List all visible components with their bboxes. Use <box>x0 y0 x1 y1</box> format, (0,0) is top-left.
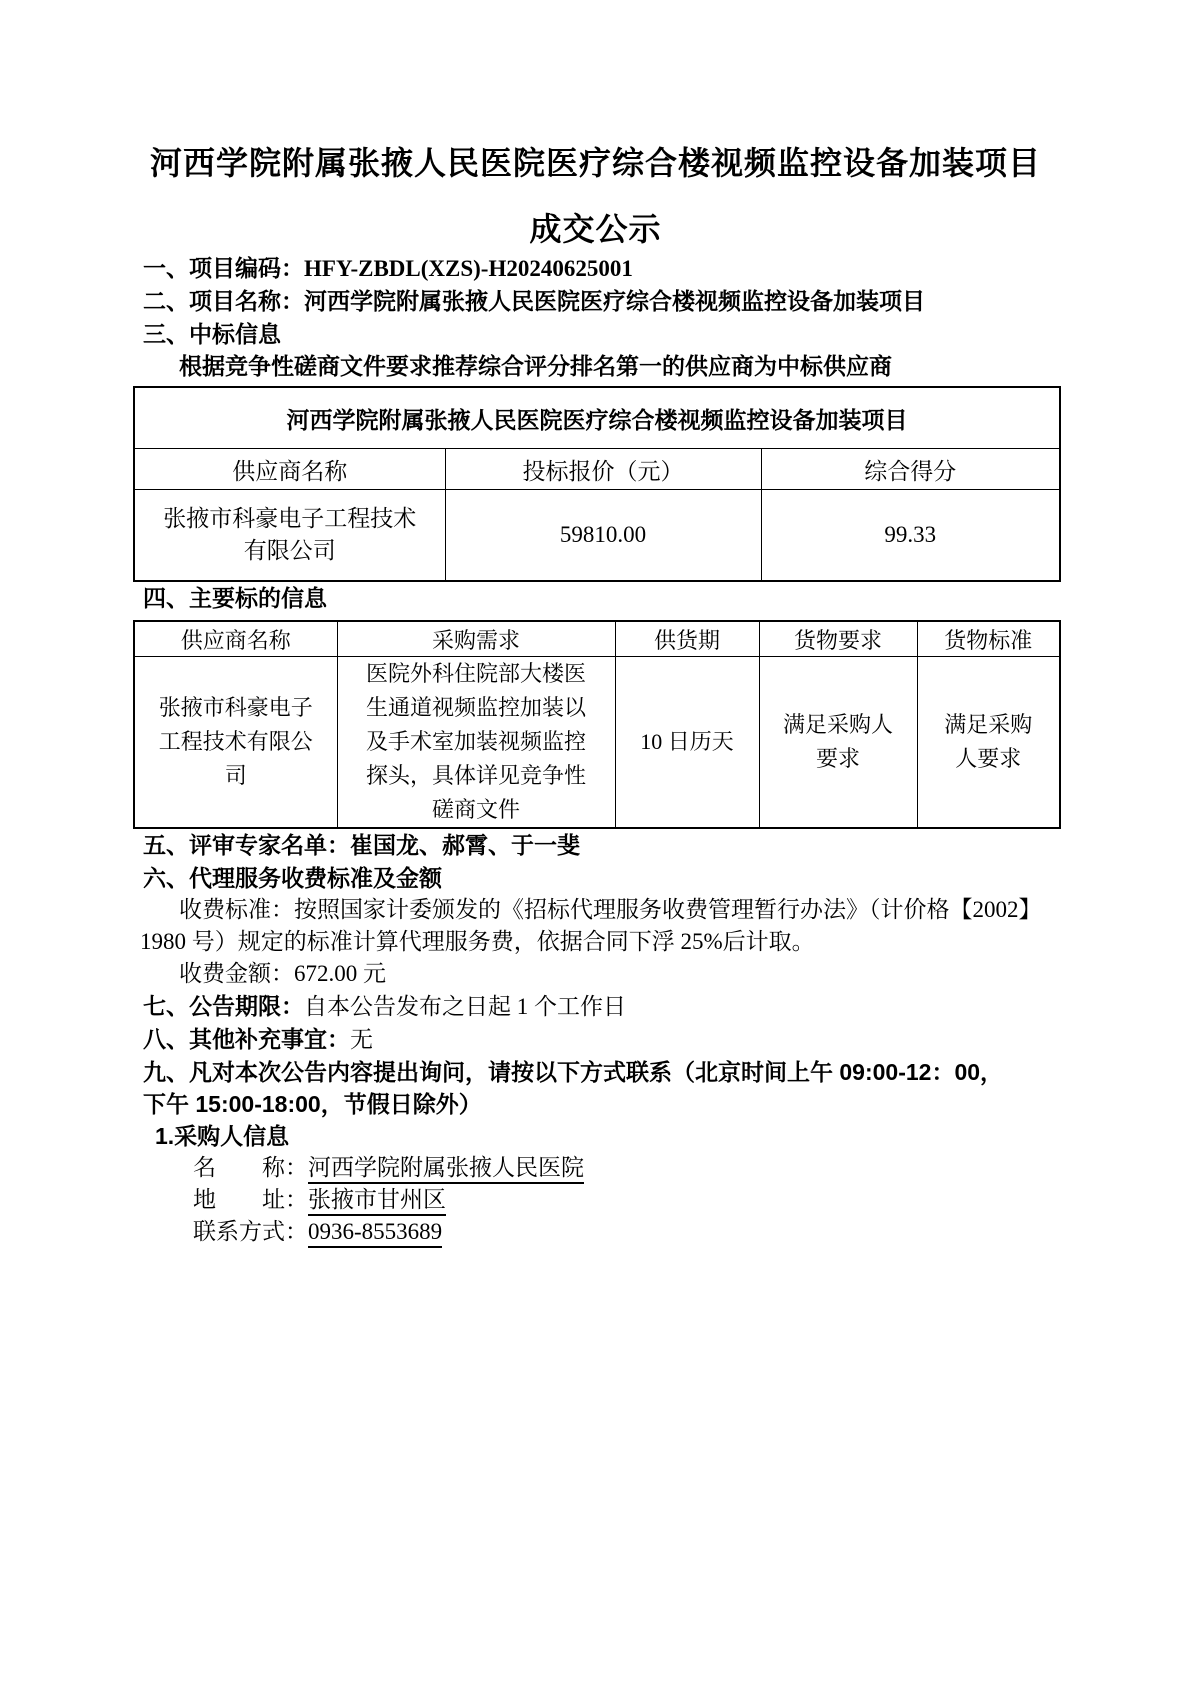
announcement-period-label: 七、公告期限： <box>143 993 304 1019</box>
table2-cell-delivery: 10 日历天 <box>615 657 759 829</box>
review-experts-names: 崔国龙、郝霄、于一斐 <box>350 832 580 858</box>
table2-header-demand: 采购需求 <box>337 621 615 657</box>
section-subject-info-heading: 四、主要标的信息 <box>133 582 1058 614</box>
subject-info-table: 供应商名称 采购需求 供货期 货物要求 货物标准 张掖市科豪电子工程技术有限公司… <box>133 620 1061 829</box>
purchaser-contact-label: 联系方式： <box>193 1219 308 1244</box>
section-project-code: 一、项目编码：HFY-ZBDL(XZS)-H20240625001 <box>133 252 1058 285</box>
table1-header-score: 综合得分 <box>761 449 1060 490</box>
table2-header-goods-std: 货物标准 <box>917 621 1060 657</box>
project-name-value: 河西学院附属张掖人民医院医疗综合楼视频监控设备加装项目 <box>304 288 925 314</box>
agency-fee-amount: 收费金额：672.00 元 <box>133 958 1058 990</box>
other-matters-label: 八、其他补充事宜： <box>143 1026 350 1052</box>
purchaser-info-heading: 1.采购人信息 <box>133 1120 1058 1152</box>
purchaser-contact-row: 联系方式：0936-8553689 <box>133 1216 1058 1248</box>
section-agency-fee-heading: 六、代理服务收费标准及金额 <box>133 862 1058 894</box>
section-contact-notice-line1: 九、凡对本次公告内容提出询问，请按以下方式联系（北京时间上午 09:00-12：… <box>133 1056 1058 1088</box>
section-other-matters: 八、其他补充事宜：无 <box>133 1023 1058 1056</box>
table1-title-cell: 河西学院附属张掖人民医院医疗综合楼视频监控设备加装项目 <box>134 387 1060 449</box>
purchaser-address-value: 张掖市甘州区 <box>308 1187 446 1216</box>
purchaser-name-row: 名 称：河西学院附属张掖人民医院 <box>133 1152 1058 1184</box>
review-experts-label: 五、评审专家名单： <box>143 832 350 858</box>
table2-cell-goods-std: 满足采购人要求 <box>917 657 1060 829</box>
award-info-table: 河西学院附属张掖人民医院医疗综合楼视频监控设备加装项目 供应商名称 投标报价（元… <box>133 386 1061 582</box>
purchaser-contact-value: 0936-8553689 <box>308 1219 442 1248</box>
announcement-period-value: 自本公告发布之日起 1 个工作日 <box>304 994 626 1019</box>
table2-cell-goods-req: 满足采购人要求 <box>759 657 917 829</box>
agency-fee-standard-line1: 收费标准：按照国家计委颁发的《招标代理服务收费管理暂行办法》（计价格【2002】 <box>133 894 1058 926</box>
table2-cell-demand: 医院外科住院部大楼医生通道视频监控加装以及手术室加装视频监控探头，具体详见竞争性… <box>337 657 615 829</box>
purchaser-address-label: 地 址： <box>193 1187 308 1212</box>
project-code-value: HFY-ZBDL(XZS)-H20240625001 <box>304 256 633 281</box>
table1-cell-bid-price: 59810.00 <box>445 490 761 582</box>
table2-header-supplier: 供应商名称 <box>134 621 337 657</box>
section-project-name: 二、项目名称：河西学院附属张掖人民医院医疗综合楼视频监控设备加装项目 <box>133 285 1058 318</box>
table1-header-supplier: 供应商名称 <box>134 449 445 490</box>
award-intro-text: 根据竞争性磋商文件要求推荐综合评分排名第一的供应商为中标供应商 <box>133 350 1058 382</box>
agency-fee-standard-line2: 1980 号）规定的标准计算代理服务费，依据合同下浮 25%后计取。 <box>133 926 1058 958</box>
project-name-label: 二、项目名称： <box>143 288 304 314</box>
purchaser-name-value: 河西学院附属张掖人民医院 <box>308 1155 584 1184</box>
table2-header-goods-req: 货物要求 <box>759 621 917 657</box>
table2-header-delivery: 供货期 <box>615 621 759 657</box>
table1-cell-supplier: 张掖市科豪电子工程技术有限公司 <box>134 490 445 582</box>
doc-title-line1: 河西学院附属张掖人民医院医疗综合楼视频监控设备加装项目 <box>133 140 1058 186</box>
project-code-label: 一、项目编码： <box>143 255 304 281</box>
section-announcement-period: 七、公告期限：自本公告发布之日起 1 个工作日 <box>133 990 1058 1023</box>
section-contact-notice-line2: 下午 15:00-18:00，节假日除外） <box>133 1088 1058 1120</box>
purchaser-name-label: 名 称： <box>193 1155 308 1180</box>
table1-cell-score: 99.33 <box>761 490 1060 582</box>
purchaser-address-row: 地 址：张掖市甘州区 <box>133 1184 1058 1216</box>
table1-header-bid-price: 投标报价（元） <box>445 449 761 490</box>
document-page: 河西学院附属张掖人民医院医疗综合楼视频监控设备加装项目 成交公示 一、项目编码：… <box>0 0 1191 1684</box>
other-matters-value: 无 <box>350 1027 373 1052</box>
section-review-experts: 五、评审专家名单：崔国龙、郝霄、于一斐 <box>133 829 1058 862</box>
doc-title-line2: 成交公示 <box>133 206 1058 252</box>
table-row: 张掖市科豪电子工程技术有限公司 医院外科住院部大楼医生通道视频监控加装以及手术室… <box>134 657 1060 829</box>
section-award-info-heading: 三、中标信息 <box>133 318 1058 350</box>
table-row: 张掖市科豪电子工程技术有限公司 59810.00 99.33 <box>134 490 1060 582</box>
table2-cell-supplier: 张掖市科豪电子工程技术有限公司 <box>134 657 337 829</box>
